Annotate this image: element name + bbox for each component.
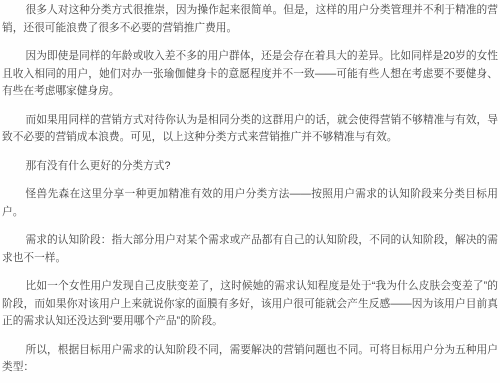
paragraph: 很多人对这种分类方式很推崇，因为操作起来很简单。但是，这样的用户分类管理并不利于…	[2, 2, 498, 37]
paragraph: 因为即使是同样的年龄或收入差不多的用户群体，还是会存在着具大的差异。比如同样是2…	[2, 48, 498, 101]
article-body: 很多人对这种分类方式很推崇，因为操作起来很简单。但是，这样的用户分类管理并不利于…	[0, 0, 500, 377]
paragraph: 怪兽先森在这里分享一种更加精准有效的用户分类方法——按照用户需求的认知阶段来分类…	[2, 186, 498, 221]
paragraph: 所以，根据目标用户需求的认知阶段不同，需要解决的营销问题也不同。可将目标用户分为…	[2, 342, 498, 377]
paragraph: 而如果用同样的营销方式对待你认为是相同分类的这群用户的话，就会使得营销不够精准与…	[2, 112, 498, 147]
paragraph: 需求的认知阶段：指大部分用户对某个需求或产品都有自己的认知阶段，不同的认知阶段，…	[2, 232, 498, 267]
paragraph: 那有没有什么更好的分类方式?	[2, 158, 498, 176]
paragraph: 比如一个女性用户发现自己皮肤变差了，这时候她的需求认知程度是处于“我为什么皮肤会…	[2, 278, 498, 331]
